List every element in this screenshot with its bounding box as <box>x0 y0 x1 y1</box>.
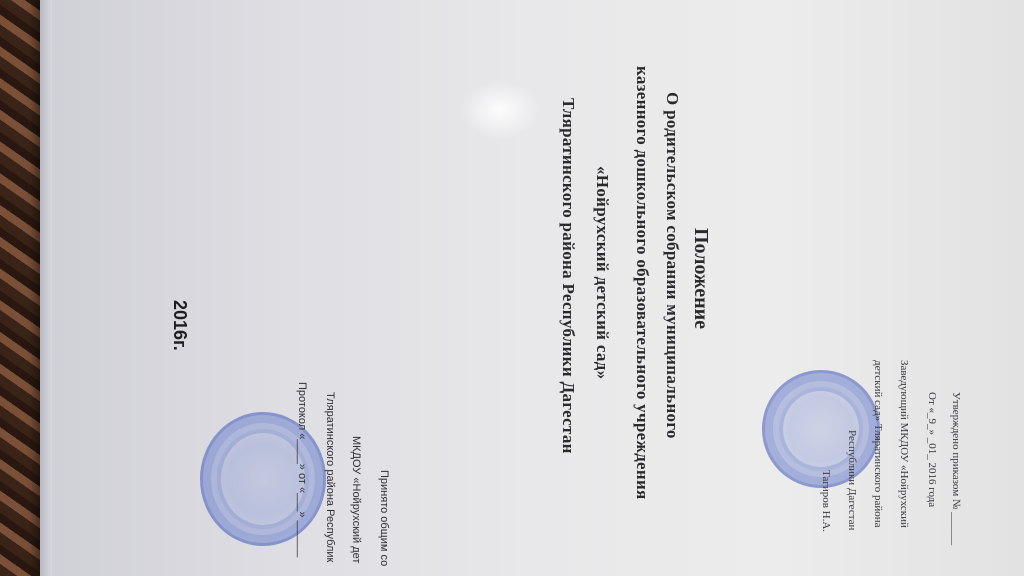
acceptance-line-1: Принято общим со <box>378 470 390 566</box>
acceptance-line-4: Протокол «____» от «___» ______ <box>296 382 308 557</box>
heading-line-3: «Нойрухский детский сад» <box>592 166 612 379</box>
acceptance-line-2: МКДОУ «Нойрухский дет <box>350 436 362 563</box>
acceptance-line-3: Тляратинского района Республик <box>324 392 336 562</box>
document-year: 2016г. <box>169 300 190 351</box>
light-glare <box>460 80 540 140</box>
heading-line-2: казенного дошкольного образовательного у… <box>632 66 652 500</box>
approval-line-5: Республики Дагестан <box>846 430 858 530</box>
page-edge <box>40 0 52 576</box>
document-title: Положение <box>689 228 712 329</box>
heading-line-4: Тляратинского района Республики Дагестан <box>558 98 578 454</box>
heading-line-1: О родительском собрании муниципального <box>662 92 682 439</box>
approval-line-3: Заведующий МКДОУ «Нойрухский <box>898 360 910 528</box>
approval-line-2: От «_9_» _01_ 2016 года <box>926 392 938 507</box>
approval-line-6: Тагиров Н.А. <box>820 470 832 532</box>
approval-line-1: Утверждено приказом № ______ <box>950 392 962 545</box>
approval-line-4: детский сад» Тляратинского района <box>872 360 884 528</box>
